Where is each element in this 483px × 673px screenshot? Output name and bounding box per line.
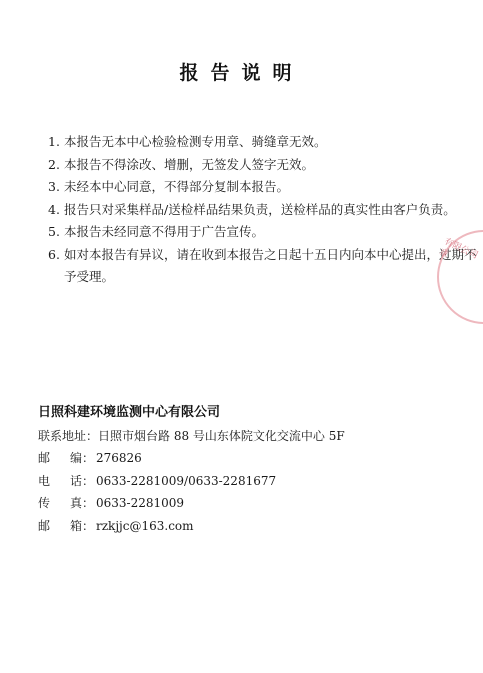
label-char: 电 (38, 470, 50, 492)
note-item-2: 2. 本报告不得涂改、增删，无签发人签字无效。 (48, 154, 468, 177)
fax-row: 传 真： 0633-2281009 (38, 492, 345, 514)
contact-info: 联系地址： 日照市烟台路 88 号山东体院文化交流中心 5F 邮 编： 2768… (38, 425, 345, 537)
note-text: 未经本中心同意，不得部分复制本报告。 (64, 176, 289, 199)
note-number: 3. (48, 176, 64, 199)
note-item-6: 6. 如对本报告有异议，请在收到本报告之日起十五日内向本中心提出，过期不 (48, 244, 468, 267)
note-text: 本报告无本中心检验检测专用章、骑缝章无效。 (64, 131, 327, 154)
note-text: 本报告未经同意不得用于广告宣传。 (64, 221, 264, 244)
notes-list: 1. 本报告无本中心检验检测专用章、骑缝章无效。 2. 本报告不得涂改、增删，无… (48, 131, 468, 289)
label-char: 话： (70, 470, 94, 492)
address-row: 联系地址： 日照市烟台路 88 号山东体院文化交流中心 5F (38, 425, 345, 447)
note-item-5: 5. 本报告未经同意不得用于广告宣传。 (48, 221, 468, 244)
email-row: 邮 箱： rzkjjc@163.com (38, 515, 345, 537)
phone-label: 电 话： (38, 470, 96, 492)
phone-row: 电 话： 0633-2281009/0633-2281677 (38, 470, 345, 492)
label-char: 邮 (38, 515, 50, 537)
company-name: 日照科建环境监测中心有限公司 (38, 401, 220, 420)
note-text: 予受理。 (64, 266, 114, 289)
page-title: 报告说明 (0, 58, 483, 85)
note-number: 1. (48, 131, 64, 154)
label-char: 编： (70, 447, 94, 469)
note-text: 如对本报告有异议，请在收到本报告之日起十五日内向本中心提出，过期不 (64, 244, 477, 267)
note-item-3: 3. 未经本中心同意，不得部分复制本报告。 (48, 176, 468, 199)
label-char: 传 (38, 492, 50, 514)
postcode-row: 邮 编： 276826 (38, 447, 345, 469)
postcode-value: 276826 (96, 447, 142, 469)
note-number: 4. (48, 199, 64, 222)
label-char: 箱： (70, 515, 94, 537)
email-label: 邮 箱： (38, 515, 96, 537)
fax-label: 传 真： (38, 492, 96, 514)
note-item-6-continuation: 予受理。 (48, 266, 468, 289)
address-value: 日照市烟台路 88 号山东体院文化交流中心 5F (98, 425, 345, 447)
note-text: 报告只对采集样品/送检样品结果负责，送检样品的真实性由客户负责。 (64, 199, 456, 222)
note-number: 6. (48, 244, 64, 267)
note-item-1: 1. 本报告无本中心检验检测专用章、骑缝章无效。 (48, 131, 468, 154)
note-number: 5. (48, 221, 64, 244)
note-text: 本报告不得涂改、增删，无签发人签字无效。 (64, 154, 314, 177)
note-item-4: 4. 报告只对采集样品/送检样品结果负责，送检样品的真实性由客户负责。 (48, 199, 468, 222)
postcode-label: 邮 编： (38, 447, 96, 469)
phone-value: 0633-2281009/0633-2281677 (96, 470, 276, 492)
label-char: 邮 (38, 447, 50, 469)
label-char: 真： (70, 492, 94, 514)
fax-value: 0633-2281009 (96, 492, 184, 514)
note-number: 2. (48, 154, 64, 177)
email-value: rzkjjc@163.com (96, 515, 194, 537)
address-label: 联系地址： (38, 425, 98, 447)
